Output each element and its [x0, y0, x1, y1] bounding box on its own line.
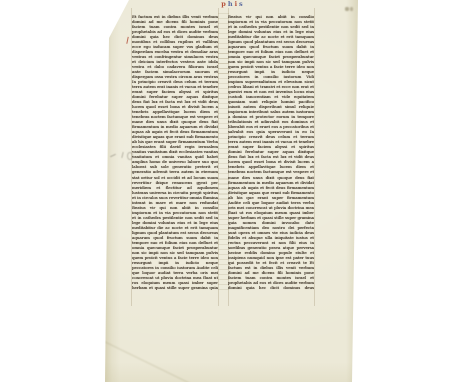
parchment-crease [98, 338, 202, 382]
folio-number-smudge [344, 6, 354, 12]
smudge-stroke [345, 7, 349, 11]
ruling-line-right [314, 8, 315, 306]
text-column-right: Beatus vir qui non abiit in consilio imp… [228, 14, 314, 290]
running-title: p h i s [215, 0, 251, 10]
running-title-letter: h [228, 0, 235, 8]
pencil-mark [121, 152, 123, 158]
pencil-mark [110, 154, 116, 157]
manuscript-photo: p h i s Et factum est in diebus illis ve… [0, 0, 468, 382]
running-title-letter: s [239, 0, 245, 8]
smudge-stroke [350, 7, 353, 12]
text-column-left: Et factum est in diebus illis venit verb… [132, 14, 218, 290]
manuscript-leaf: p h i s Et factum est in diebus illis ve… [0, 0, 468, 382]
